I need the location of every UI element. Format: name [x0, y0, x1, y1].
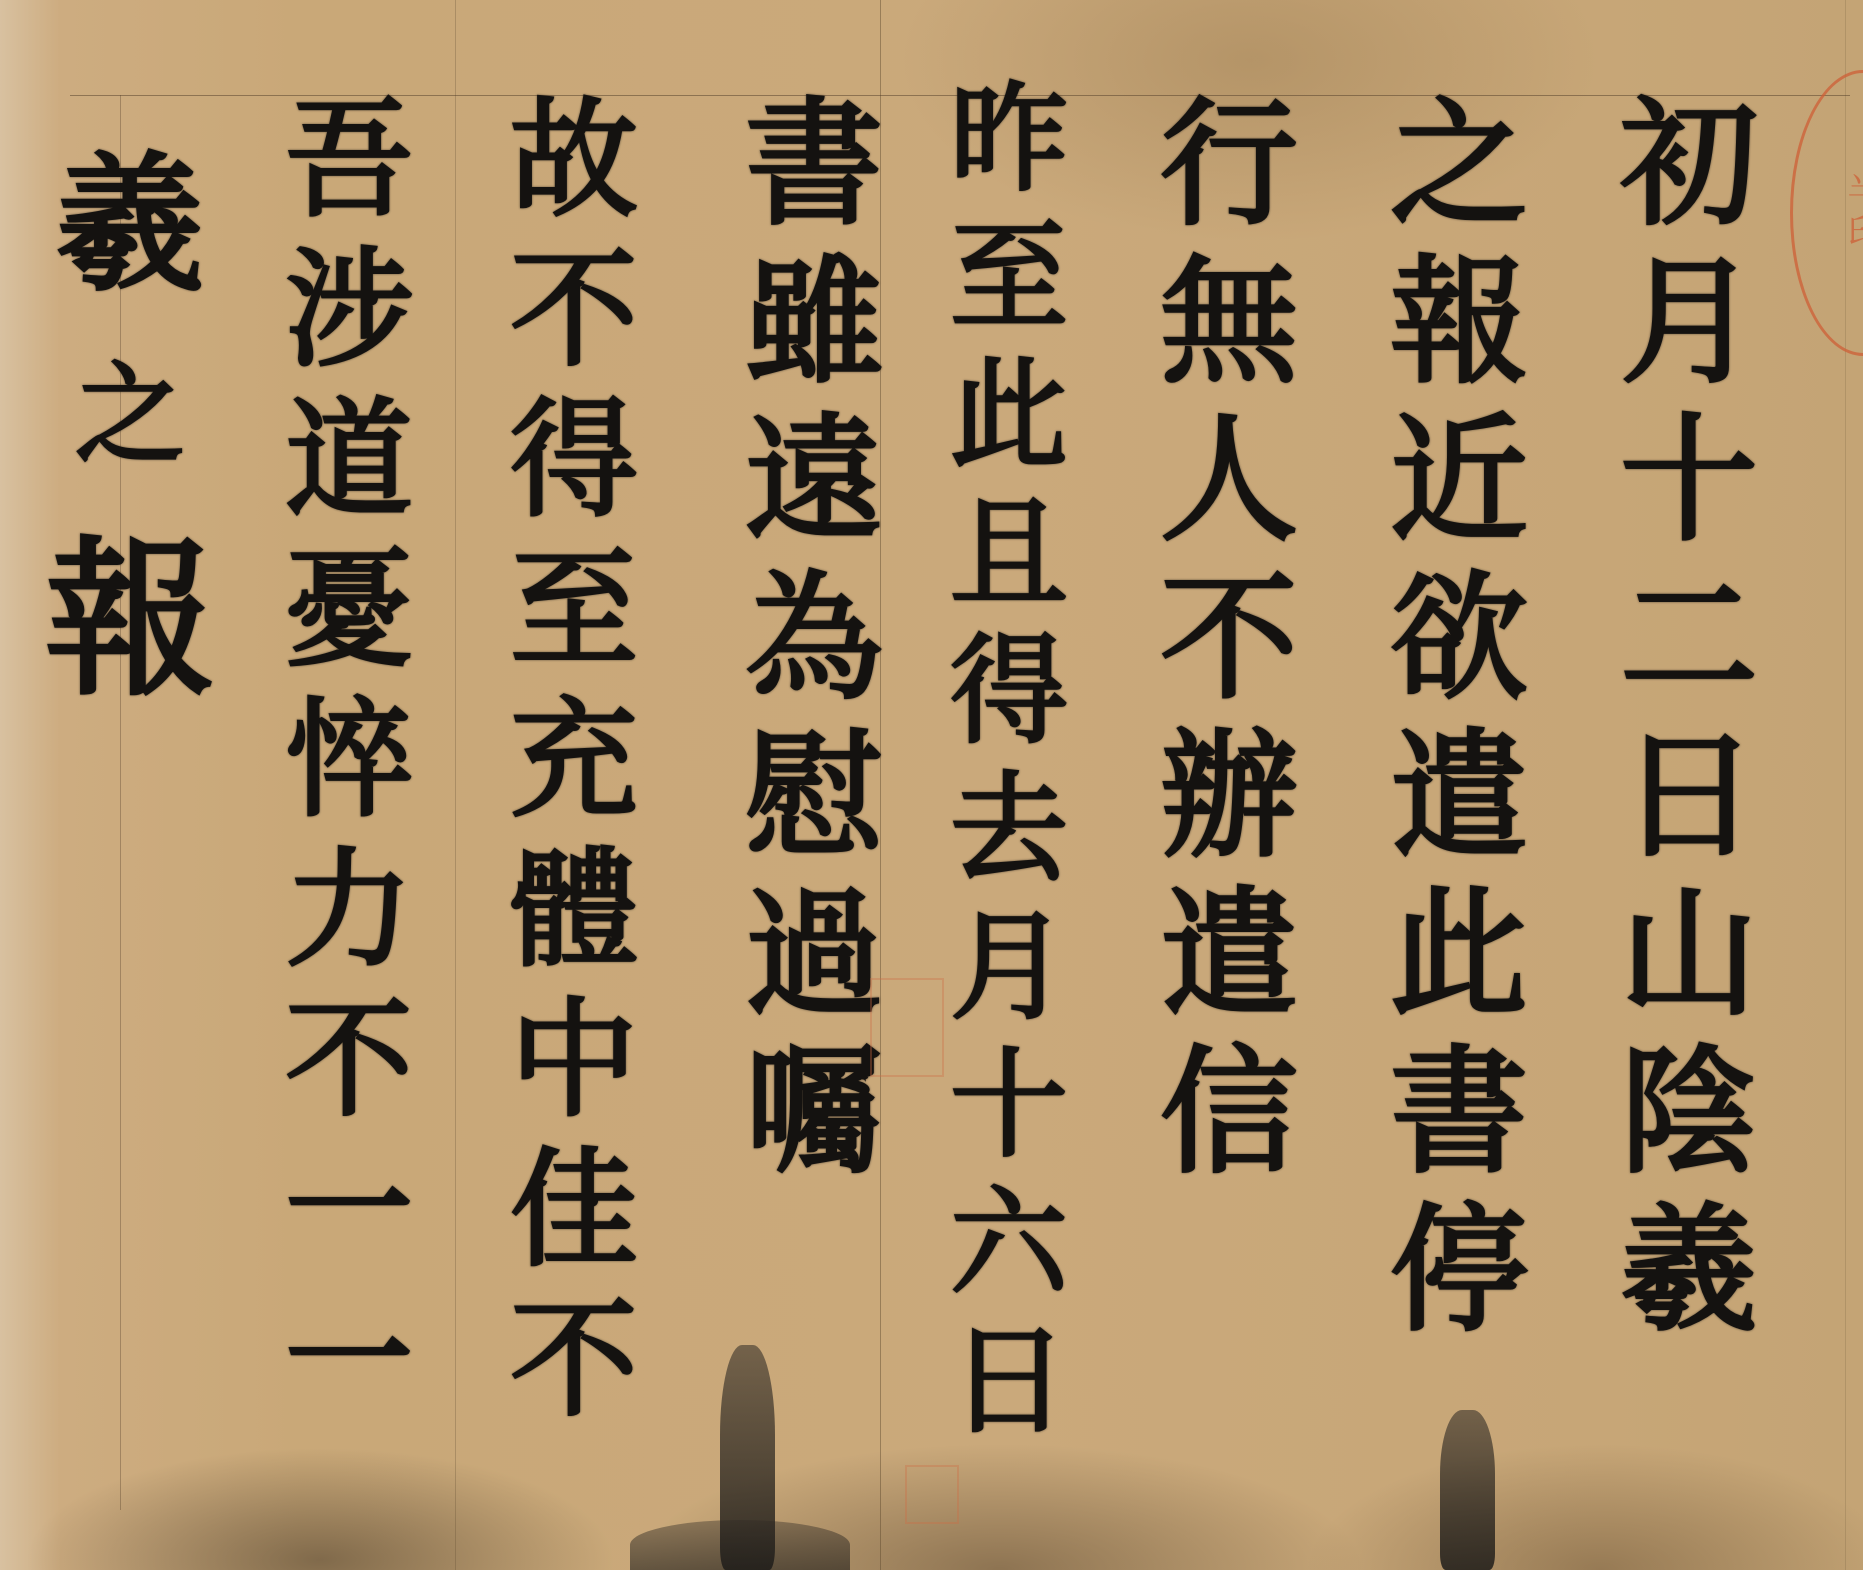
character: 不 [510, 235, 638, 385]
character: 此 [950, 346, 1068, 484]
text-column-8-signature: 羲 之 報 [45, 110, 215, 750]
character: 月 [950, 898, 1068, 1036]
character: 二 [1620, 559, 1758, 717]
character: 十 [950, 1036, 1068, 1174]
character: 至 [950, 208, 1068, 346]
text-column-1: 初 月 十 二 日 山 陰 羲 [1620, 85, 1758, 1349]
character: 力 [285, 835, 413, 985]
character: 辦 [1160, 717, 1298, 875]
character: 涉 [285, 235, 413, 385]
character: 欲 [1390, 559, 1528, 717]
character: 得 [510, 385, 638, 535]
character: 日 [950, 1312, 1068, 1450]
character: 近 [1390, 401, 1528, 559]
character: 初 [1620, 85, 1758, 243]
character: 一 [285, 1285, 413, 1435]
character: 道 [285, 385, 413, 535]
character: 六 [950, 1174, 1068, 1312]
character: 遣 [1390, 717, 1528, 875]
ink-stain [1440, 1410, 1495, 1570]
character: 羲 [1620, 1191, 1758, 1349]
character: 停 [1390, 1191, 1528, 1349]
character: 報 [1390, 243, 1528, 401]
character: 慰 [745, 717, 883, 875]
faint-seal [905, 1465, 959, 1524]
character: 遣 [1160, 875, 1298, 1033]
character: 為 [745, 559, 883, 717]
character: 昨 [950, 70, 1068, 208]
character: 山 [1620, 875, 1758, 1033]
character: 悴 [285, 685, 413, 835]
character: 故 [510, 85, 638, 235]
character: 不 [285, 985, 413, 1135]
character: 佳 [510, 1135, 638, 1285]
character: 羲 [55, 110, 205, 340]
text-column-4: 昨 至 此 且 得 去 月 十 六 日 [950, 70, 1068, 1450]
character: 不 [1160, 559, 1298, 717]
faint-seal [870, 978, 944, 1077]
character: 十 [1620, 401, 1758, 559]
character: 無 [1160, 243, 1298, 401]
character: 中 [510, 985, 638, 1135]
ink-stain [630, 1520, 850, 1570]
character: 憂 [285, 535, 413, 685]
character: 行 [1160, 85, 1298, 243]
character: 充 [510, 685, 638, 835]
character: 吾 [285, 85, 413, 235]
character: 報 [45, 490, 215, 750]
character: 至 [510, 535, 638, 685]
character: 囑 [745, 1033, 883, 1191]
character: 之 [1390, 85, 1528, 243]
character: 過 [745, 875, 883, 1033]
text-column-6: 故 不 得 至 充 體 中 佳 不 [510, 85, 638, 1435]
character: 雖 [745, 243, 883, 401]
character: 陰 [1620, 1033, 1758, 1191]
collector-seal: 半印 [1790, 70, 1863, 356]
character: 日 [1620, 717, 1758, 875]
calligraphy-scroll: 初 月 十 二 日 山 陰 羲 之 報 近 欲 遣 此 書 停 行 無 人 不 … [0, 0, 1863, 1570]
character: 體 [510, 835, 638, 985]
character: 人 [1160, 401, 1298, 559]
text-column-7: 吾 涉 道 憂 悴 力 不 一 一 [285, 85, 413, 1435]
character: 信 [1160, 1033, 1298, 1191]
paper-seam [455, 0, 456, 1570]
character: 書 [1390, 1033, 1528, 1191]
character: 月 [1620, 243, 1758, 401]
character: 此 [1390, 875, 1528, 1033]
character: 一 [285, 1135, 413, 1285]
text-column-2: 之 報 近 欲 遣 此 書 停 [1390, 85, 1528, 1349]
seal-text: 半印 [1842, 171, 1863, 255]
character: 遠 [745, 401, 883, 559]
character: 書 [745, 85, 883, 243]
character: 之 [75, 340, 185, 490]
character: 不 [510, 1285, 638, 1435]
text-column-5: 書 雖 遠 為 慰 過 囑 [745, 85, 883, 1191]
character: 得 [950, 622, 1068, 760]
character: 去 [950, 760, 1068, 898]
character: 且 [950, 484, 1068, 622]
text-column-3: 行 無 人 不 辦 遣 信 [1160, 85, 1298, 1191]
